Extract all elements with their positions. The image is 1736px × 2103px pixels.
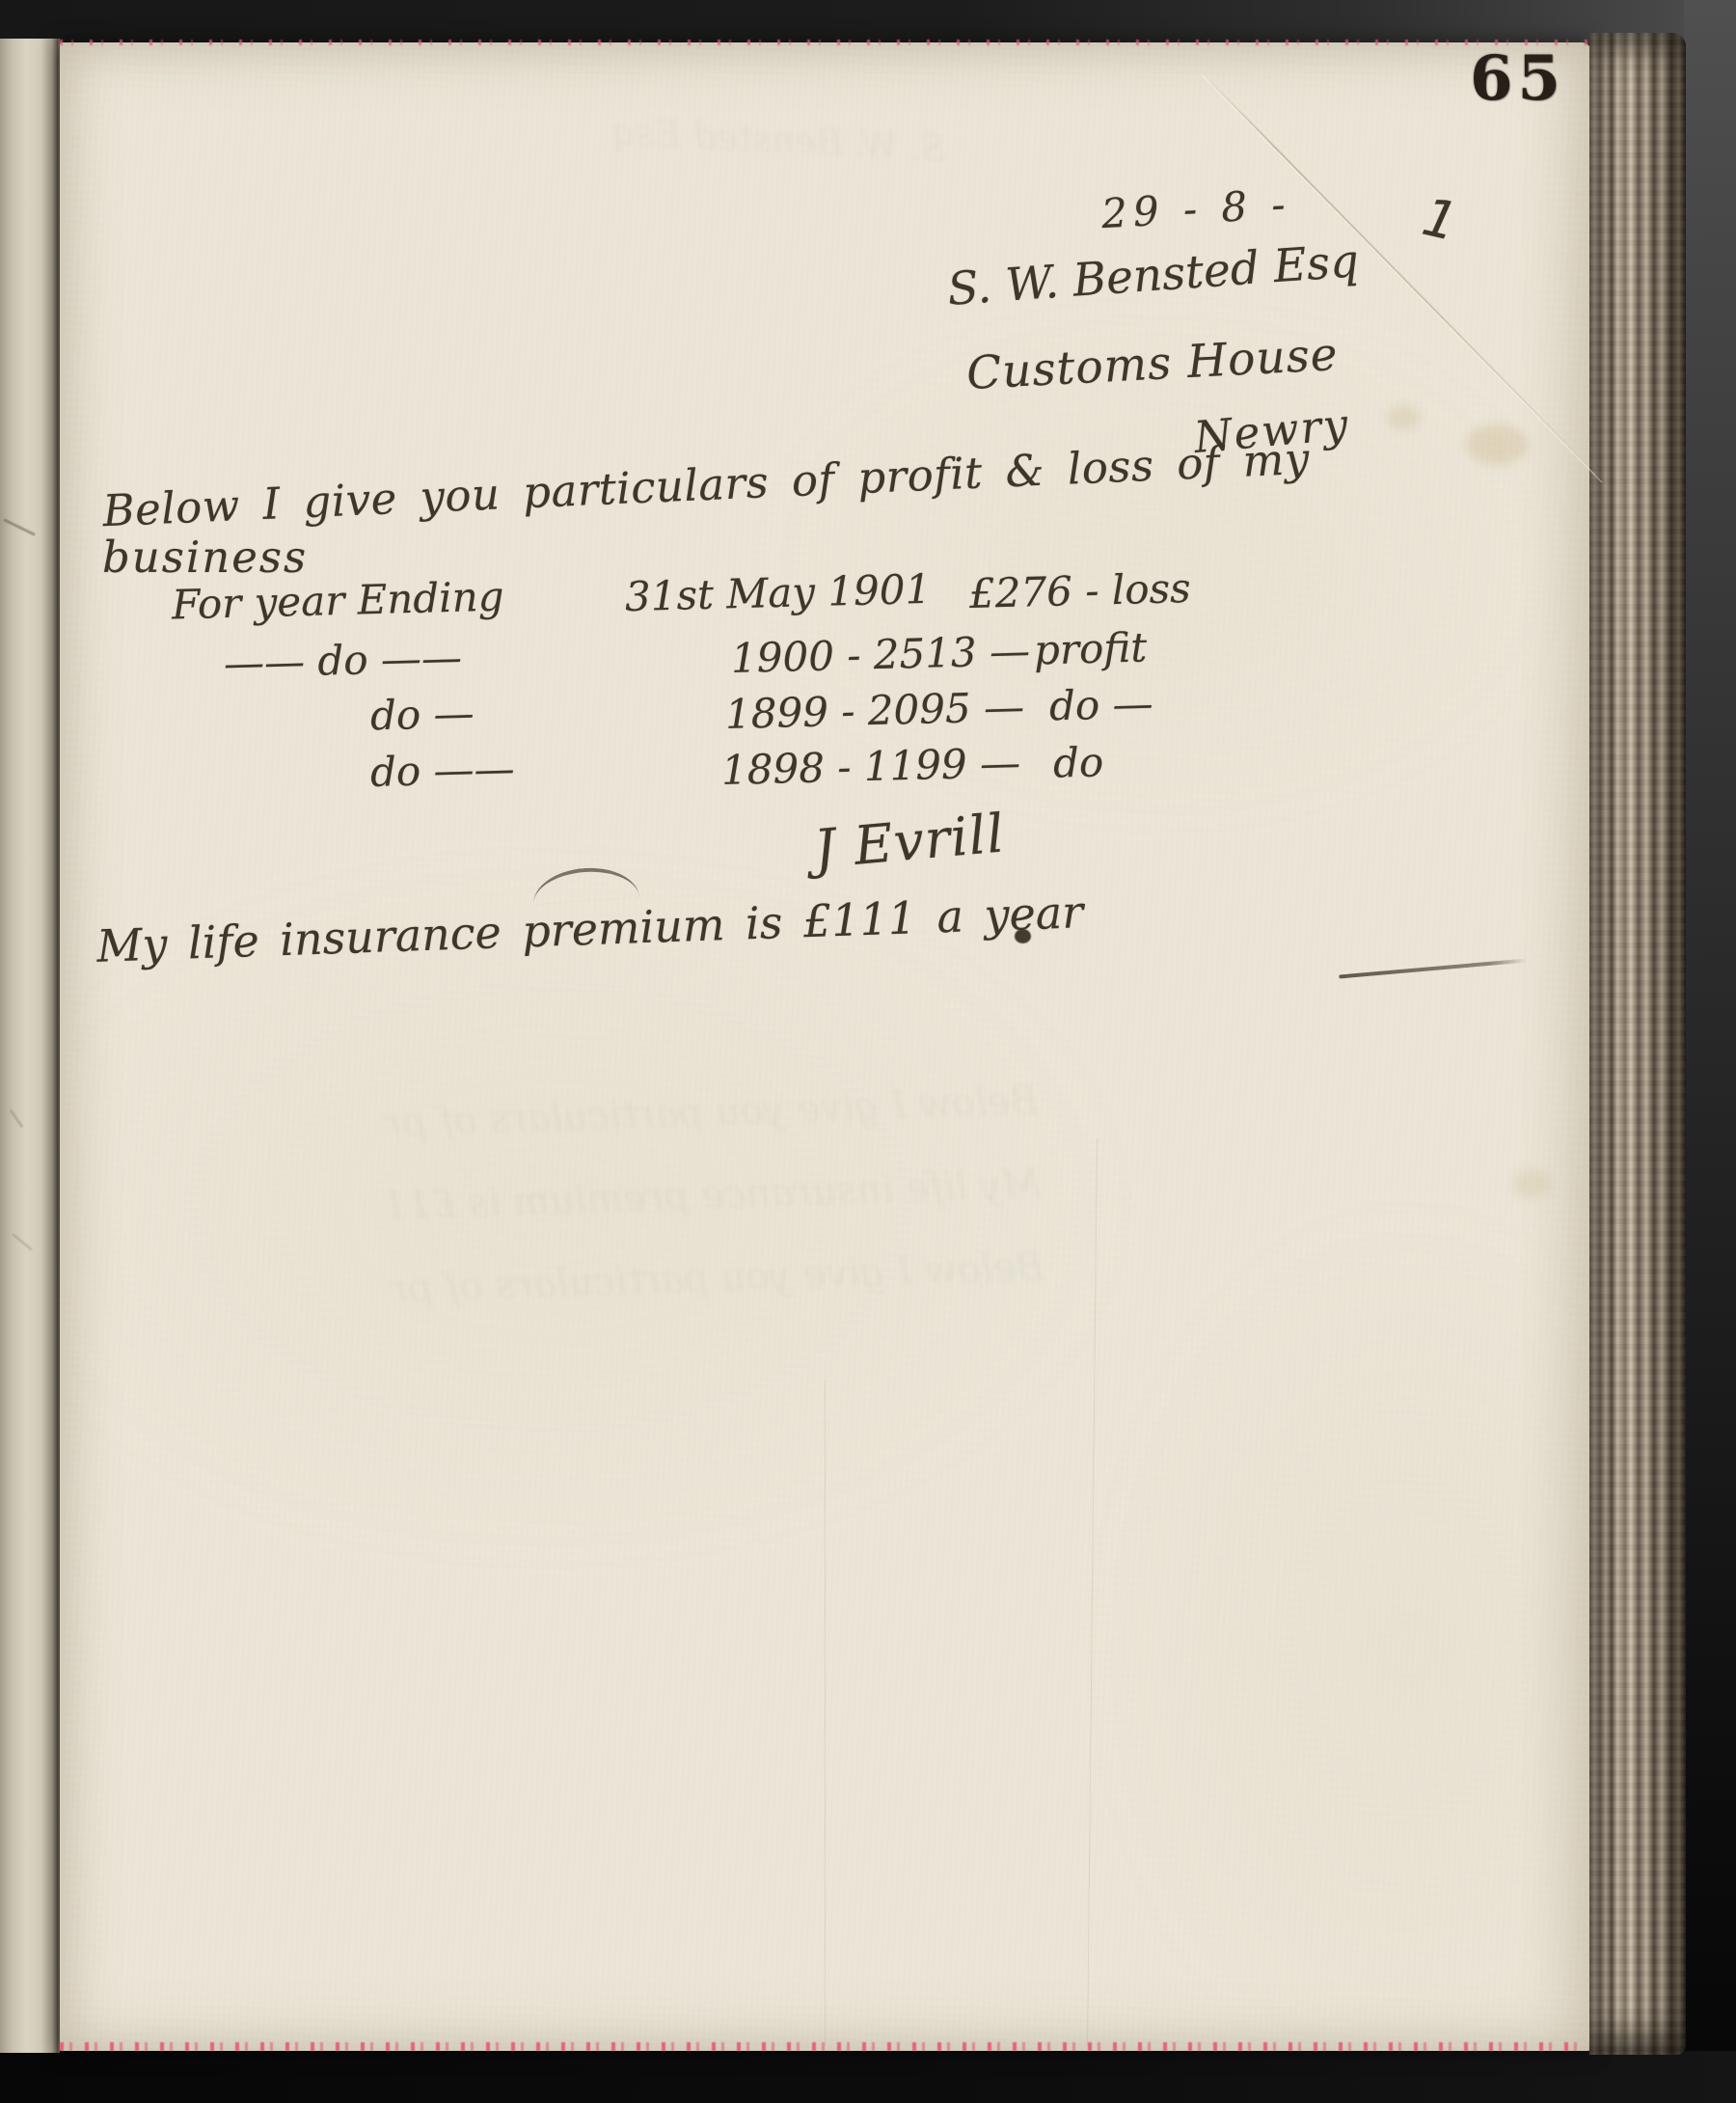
ledger-row-label: do —: [369, 690, 475, 740]
scanned-notebook-page: Below I give you particulars of profit &…: [0, 0, 1736, 2103]
printed-folio-number: 65: [1470, 42, 1565, 115]
ledger-row-result: do —: [1048, 680, 1153, 730]
manuscript-page: [60, 42, 1591, 2051]
ledger-row-result: £276 - loss: [968, 564, 1191, 617]
vertical-crease: [825, 1379, 826, 2045]
facing-page-ink-mark: [9, 1109, 23, 1129]
facing-page-edge: [0, 39, 60, 2053]
date-heading: 29 - 8 -: [1100, 180, 1292, 237]
ledger-row-label: do ——: [369, 745, 515, 796]
pink-stained-bottom-edge: [60, 2042, 1591, 2051]
paper-stain: [1466, 424, 1528, 465]
paper-stain: [1512, 1169, 1551, 1198]
ledger-row-period: 1899 - 2095 —: [724, 683, 1024, 738]
ledger-row-period: 1898 - 1199 —: [720, 739, 1020, 794]
facing-page-ink-mark: [12, 1233, 33, 1251]
ledger-row-result: do: [1052, 738, 1103, 786]
facing-page-ink-mark: [3, 518, 36, 535]
ledger-row-result: profit: [1033, 623, 1147, 673]
ledger-row-period: 31st May 1901: [624, 565, 931, 620]
letter-body-line: business: [102, 532, 308, 583]
book-page-stack-edge: [1589, 33, 1686, 2055]
backdrop-bottom-shadow: [0, 2051, 1736, 2103]
backdrop-top-shadow: [0, 0, 1736, 44]
backdrop-right-shadow: [1684, 0, 1736, 2103]
pink-stained-top-edge: [60, 40, 1591, 45]
ledger-row-label: For year Ending: [171, 572, 504, 628]
page-stack-texture: [1589, 33, 1686, 2055]
ink-bleed-through: Below I give you particulars of profit &…: [382, 1059, 1046, 1331]
paper-stain: [1387, 405, 1420, 430]
paper-texture: [60, 42, 1591, 2051]
ink-blot: [1015, 929, 1031, 943]
ledger-row-period: 1900 - 2513 —: [730, 627, 1030, 682]
ledger-row-label: —— do ——: [223, 634, 462, 687]
